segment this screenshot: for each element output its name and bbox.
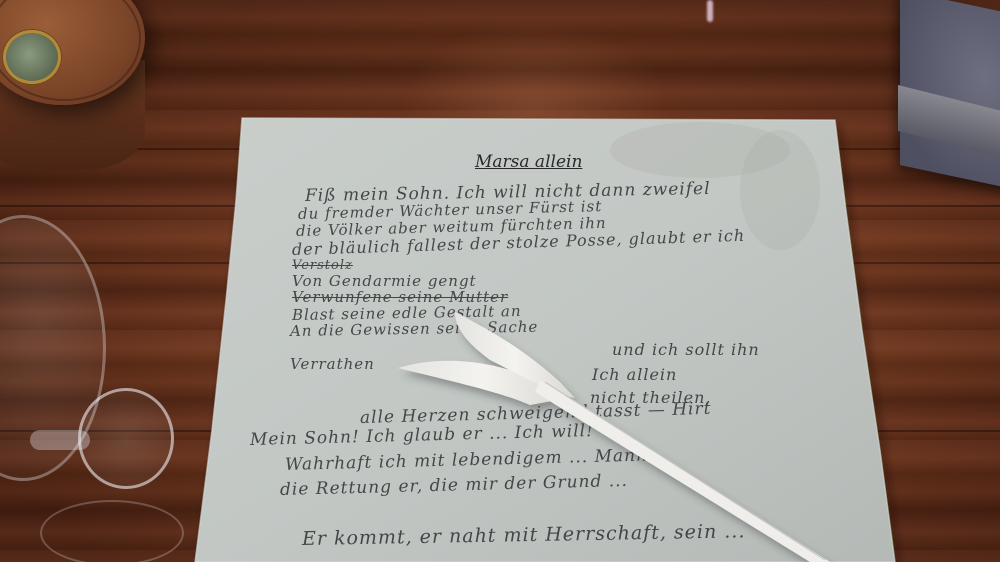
manuscript-line: Verrathen <box>290 355 375 373</box>
manuscript-title: Marsa allein <box>475 152 582 172</box>
glass-jar-handle <box>78 388 174 489</box>
manuscript-line: Ich allein <box>592 365 677 384</box>
manuscript-line: und ich sollt ihn <box>612 340 760 359</box>
photo-scene: Marsa allein Fiß mein Sohn. Ich will nic… <box>0 0 1000 562</box>
manuscript-line-struck: Verstolz <box>292 258 353 273</box>
glass-reflection <box>40 500 184 562</box>
